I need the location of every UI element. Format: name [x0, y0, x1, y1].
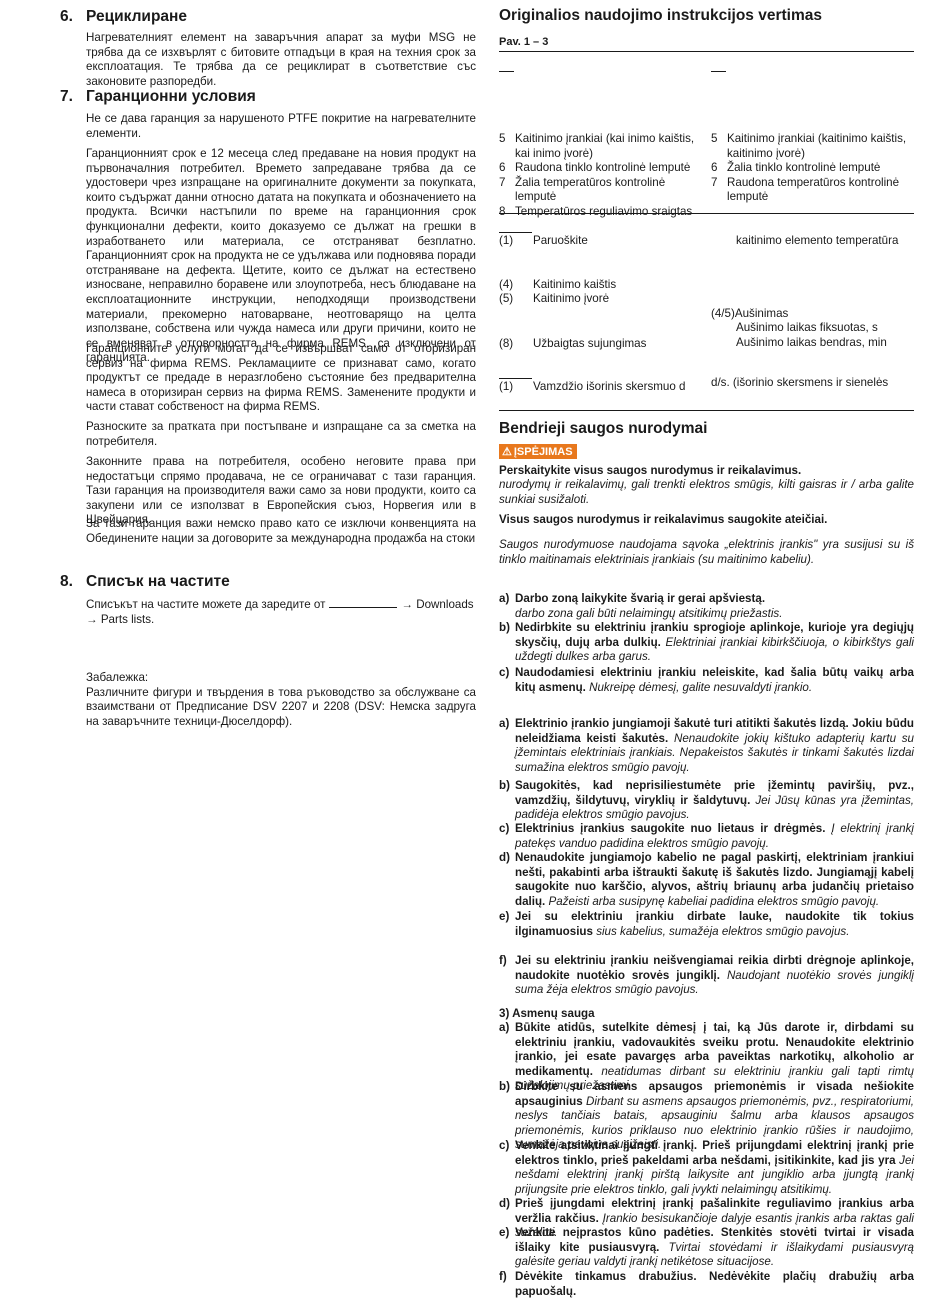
list-item: e)Venkite neįprastos kūno padėties. Sten…	[499, 1226, 914, 1270]
list-item: c)Elektrinius įrankius saugokite nuo lie…	[499, 822, 914, 851]
item-bold-text: Elektrinius įrankius saugokite nuo lieta…	[515, 822, 825, 835]
legend-text: Raudona temperatūros kontrolinė lemputė	[727, 176, 916, 205]
warranty-p4: Разноските за пратката при постъпване и …	[86, 420, 476, 449]
section-heading-warranty: 7.Гаранционни условия	[60, 88, 256, 106]
item-label: c)	[499, 666, 515, 695]
section-title: Списък на частите	[86, 573, 230, 590]
overline	[499, 232, 532, 233]
warning-triangle-icon: ⚠	[502, 446, 512, 458]
item-text: Darbo zoną laikykite švarią ir gerai apš…	[515, 592, 914, 621]
item-italic-text: Pažeisti arba susipynę kabeliai padidina…	[549, 895, 880, 908]
legend-text: Žalia temperatūros kontrolinė lemputė	[515, 176, 704, 205]
item-label: e)	[499, 1226, 515, 1270]
section-number: 7.	[60, 88, 86, 106]
read-instructions: Perskaitykite visus saugos nurodymus ir …	[499, 464, 914, 479]
legend-text: Kaitinimo įrankiai (kai inimo kaištis, k…	[515, 132, 704, 161]
section-title: Рециклиране	[86, 8, 187, 25]
label-prepare: (1)Paruoškite	[499, 234, 588, 249]
warranty-p1: Не се дава гаранция за нарушеното PTFE п…	[86, 112, 476, 141]
item-text: Elektrinius įrankius saugokite nuo lieta…	[515, 822, 914, 851]
recycling-text: Нагревателният елемент на заваръчния апа…	[86, 31, 476, 89]
text: Списъкът на частите можете да заредите о…	[86, 598, 325, 611]
label-cooling: (4/5)Aušinimas	[711, 307, 788, 322]
item-text: Dėvėkite tinkamus drabužius. Nedėvėkite …	[515, 1270, 914, 1299]
item-label: f)	[499, 1270, 515, 1299]
dash-mark	[711, 71, 726, 72]
item-label: a)	[499, 717, 515, 775]
list-item: a)Elektrinio įrankio jungiamoji šakutė t…	[499, 717, 914, 775]
list-item: a)Darbo zoną laikykite švarią ir gerai a…	[499, 592, 914, 621]
item-label: d)	[499, 851, 515, 909]
label-text: Aušinimas	[735, 307, 788, 320]
section-number: 8.	[60, 573, 86, 591]
label-pin: (4)Kaitinimo kaištis	[499, 278, 616, 293]
legend-item: 5Kaitinimo įrankiai (kai inimo kaištis, …	[499, 132, 704, 161]
note-label: Забалежка:	[86, 671, 476, 686]
legend-item: 5Kaitinimo įrankiai (kaitinimo kaištis, …	[711, 132, 916, 161]
page-title: Originalios naudojimo instrukcijos verti…	[499, 7, 822, 25]
paragraph: Нагревателният елемент на заваръчния апа…	[86, 31, 476, 89]
label-ds: d/s. (išorinio skersmens ir sienelės	[711, 376, 888, 391]
legend-left: 5Kaitinimo įrankiai (kai inimo kaištis, …	[499, 132, 704, 220]
legend-number: 7	[711, 176, 727, 205]
label-pipe: (1)Vamzdžio išorinis skersmuo d	[499, 380, 686, 395]
item-text: Nenaudokite jungiamojo kabelio ne pagal …	[515, 851, 914, 909]
ref-number: (4)	[499, 278, 533, 293]
item-italic-text: sius kabelius, sumažėja elektros smūgio …	[596, 925, 849, 938]
paragraph: За тази гаранция важи немско право като …	[86, 517, 476, 546]
read-instructions-note: nurodymų ir reikalavimų, gali trenkti el…	[499, 478, 914, 507]
list-item: c)Naudodamiesi elektriniu įrankiu neleis…	[499, 666, 914, 695]
ref-number: (5)	[499, 292, 533, 307]
divider	[499, 213, 914, 214]
legend-item: 7Žalia temperatūros kontrolinė lemputė	[499, 176, 704, 205]
parts-text: Списъкът на частите можете да заредите о…	[86, 597, 476, 627]
section-number: 6.	[60, 8, 86, 26]
label-done: (8)Užbaigtas sujungimas	[499, 337, 646, 352]
item-label: e)	[499, 910, 515, 939]
item-label: b)	[499, 621, 515, 665]
section-heading-parts: 8.Списък на частите	[60, 573, 230, 591]
item-label: c)	[499, 822, 515, 851]
item-text: Jei su elektriniu įrankiu dirbate lauke,…	[515, 910, 914, 939]
divider	[499, 410, 914, 411]
item-bold-text: Venkite atsitiktinai įjungti įrankį. Pri…	[515, 1139, 914, 1167]
warranty-p2: Гаранционният срок е 12 месеца след пред…	[86, 147, 476, 366]
section-title: Гаранционни условия	[86, 88, 256, 105]
label-text: Užbaigtas sujungimas	[533, 337, 646, 350]
dash-mark	[499, 71, 514, 72]
note-text: Различните фигури и твърдения в това рък…	[86, 686, 476, 730]
label-cool-total: Aušinimo laikas bendras, min	[736, 336, 887, 351]
item-label: f)	[499, 954, 515, 998]
legend-number: 5	[711, 132, 727, 161]
term-definition: Saugos nurodymuose naudojama sąvoka „ele…	[499, 538, 914, 567]
legend-number: 6	[499, 161, 515, 176]
warranty-p6: За тази гаранция важи немско право като …	[86, 517, 476, 546]
ref-number: (8)	[499, 337, 533, 352]
list-item: c)Venkite atsitiktinai įjungti įrankį. P…	[499, 1139, 914, 1197]
label-cool-fixed: Aušinimo laikas fiksuotas, s	[736, 321, 878, 336]
legend-right: 5Kaitinimo įrankiai (kaitinimo kaištis, …	[711, 132, 916, 205]
section-heading-recycling: 6.Рециклиране	[60, 8, 187, 26]
legend-text: Raudona tinklo kontrolinė lemputė	[515, 161, 690, 176]
badge-label: ĮSPĖJIMAS	[514, 446, 573, 458]
note: Забалежка: Различните фигури и твърдения…	[86, 671, 476, 729]
overline	[499, 378, 532, 379]
label-text: Paruoškite	[533, 234, 588, 247]
legend-text: Žalia tinklo kontrolinė lemputė	[727, 161, 880, 176]
label-text: Vamzdžio išorinis skersmuo d	[533, 380, 686, 393]
legend-number: 5	[499, 132, 515, 161]
label-text: Kaitinimo kaištis	[533, 278, 616, 291]
paragraph: Не се дава гаранция за нарушеното PTFE п…	[86, 112, 476, 141]
item-bold-text: Darbo zoną laikykite švarią ir gerai apš…	[515, 592, 765, 605]
paragraph: Разноските за пратката при постъпване и …	[86, 420, 476, 449]
legend-text: Kaitinimo įrankiai (kaitinimo kaištis, k…	[727, 132, 916, 161]
item-text: Jei su elektriniu įrankiu neišvengiamai …	[515, 954, 914, 998]
item-italic-text: darbo zona gali būti nelaimingų atsitiki…	[515, 607, 782, 620]
list-item: b)Nedirbkite su elektriniu įrankiu sprog…	[499, 621, 914, 665]
legend-number: 7	[499, 176, 515, 205]
item-text: Elektrinio įrankio jungiamoji šakutė tur…	[515, 717, 914, 775]
legend-item: 6Žalia tinklo kontrolinė lemputė	[711, 161, 916, 176]
legend-item: 6Raudona tinklo kontrolinė lemputė	[499, 161, 704, 176]
item-label: c)	[499, 1139, 515, 1197]
blank-link-placeholder	[329, 597, 397, 608]
item-text: Nedirbkite su elektriniu įrankiu sprogio…	[515, 621, 914, 665]
list-item: f)Dėvėkite tinkamus drabužius. Nedėvėkit…	[499, 1270, 914, 1299]
ref-number: (1)	[499, 234, 533, 249]
keep-instructions: Visus saugos nurodymus ir reikalavimus s…	[499, 513, 914, 528]
label-text: Kaitinimo įvorė	[533, 292, 609, 305]
item-label: b)	[499, 779, 515, 823]
item-text: Venkite neįprastos kūno padėties. Stenki…	[515, 1226, 914, 1270]
personal-safety-heading: 3) Asmenų sauga	[499, 1007, 914, 1022]
list-item: f)Jei su elektriniu įrankiu neišvengiama…	[499, 954, 914, 998]
warning-badge: ⚠ĮSPĖJIMAS	[499, 444, 577, 459]
list-item: b)Saugokitės, kad neprisiliestumėte prie…	[499, 779, 914, 823]
safety-title: Bendrieji saugos nurodymai	[499, 420, 707, 438]
ref-number: (1)	[499, 380, 533, 395]
warranty-p3: Гаранционните услуги могат да се извършв…	[86, 342, 476, 415]
label-heat-temp: kaitinimo elemento temperatūra	[736, 234, 898, 249]
item-text: Venkite atsitiktinai įjungti įrankį. Pri…	[515, 1139, 914, 1197]
item-italic-text: Nukreipę dėmesį, galite nesuvaldyti įran…	[589, 681, 812, 694]
item-label: a)	[499, 592, 515, 621]
legend-item: 7Raudona temperatūros kontrolinė lemputė	[711, 176, 916, 205]
paragraph: Гаранционният срок е 12 месеца след пред…	[86, 147, 476, 366]
list-item: d)Nenaudokite jungiamojo kabelio ne paga…	[499, 851, 914, 909]
item-text: Saugokitės, kad neprisiliestumėte prie į…	[515, 779, 914, 823]
figure-label: Pav. 1 – 3	[499, 35, 548, 50]
list-item: e)Jei su elektriniu įrankiu dirbate lauk…	[499, 910, 914, 939]
ref-number: (4/5)	[711, 307, 735, 320]
paragraph: Гаранционните услуги могат да се извършв…	[86, 342, 476, 415]
legend-number: 6	[711, 161, 727, 176]
divider	[499, 51, 914, 52]
item-text: Naudodamiesi elektriniu įrankiu neleiski…	[515, 666, 914, 695]
item-bold-text: Dėvėkite tinkamus drabužius. Nedėvėkite …	[515, 1270, 914, 1298]
label-sleeve: (5)Kaitinimo įvorė	[499, 292, 609, 307]
